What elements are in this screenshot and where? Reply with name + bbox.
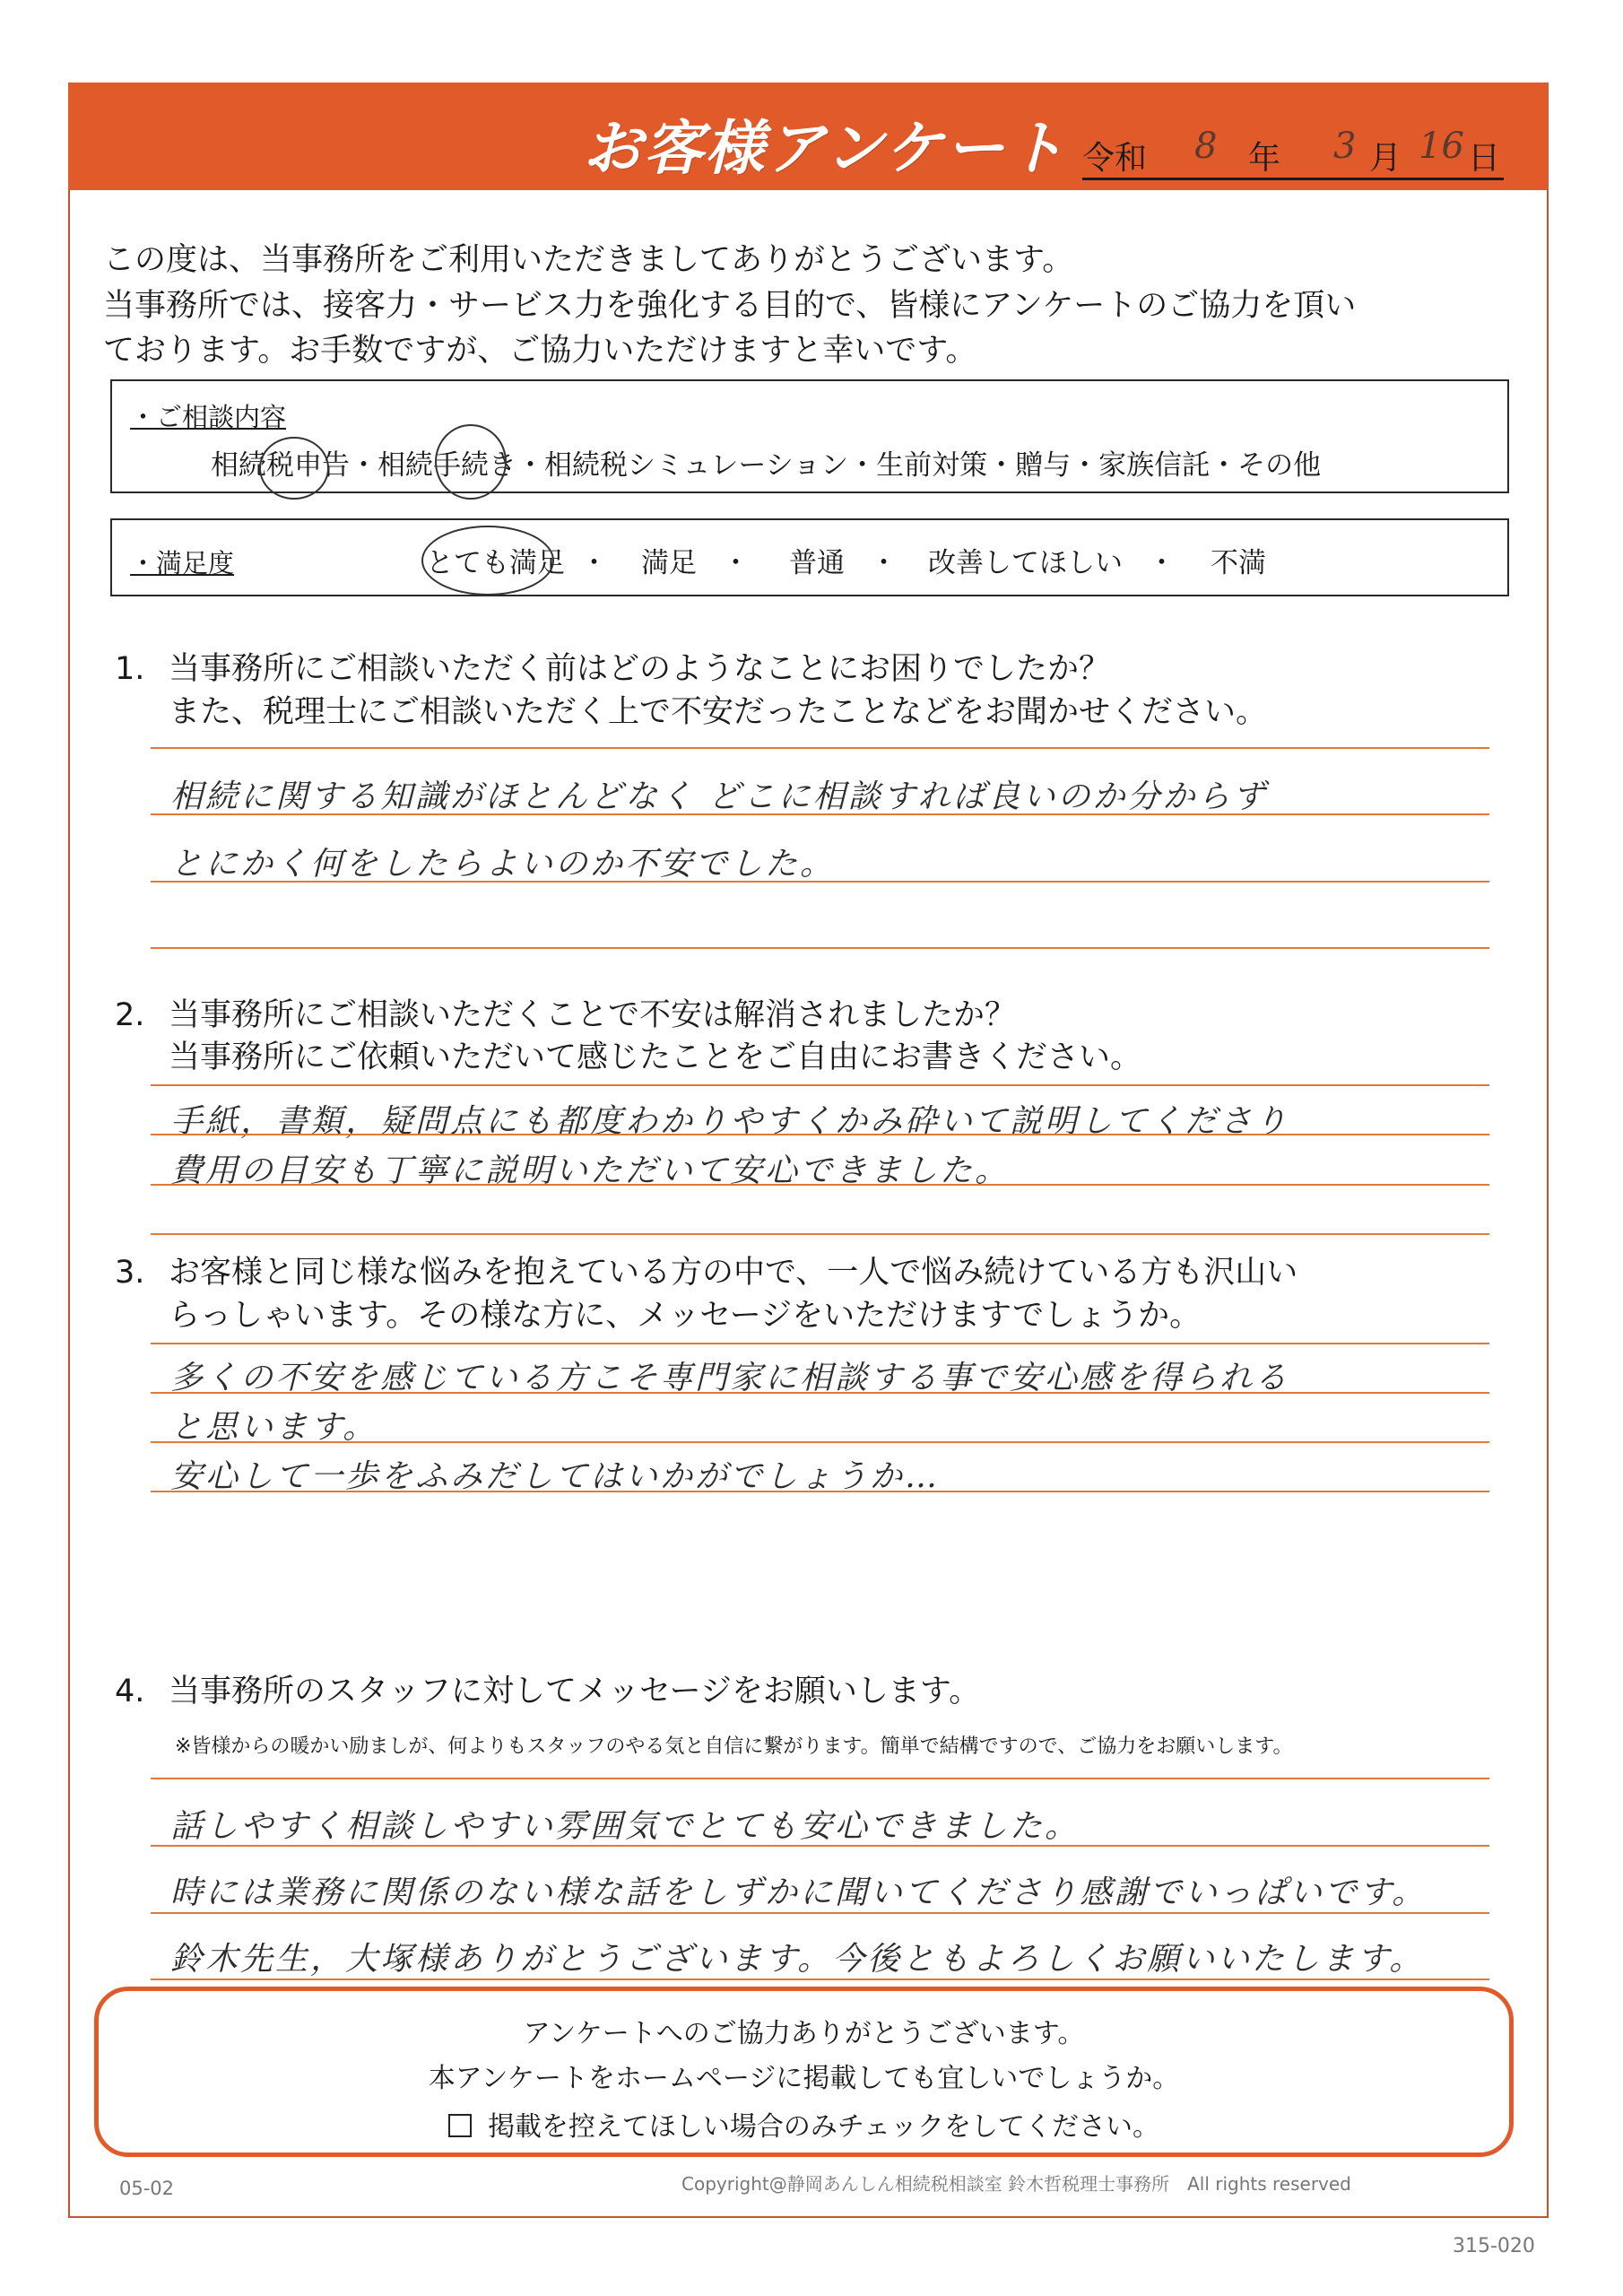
- question-3-line-1: 3.お客様と同じ様な悩みを抱えている方の中で、一人で悩み続けている方も沢山い: [115, 1251, 1298, 1294]
- question-text: 当事務所にご相談いただく前はどのようなことにお困りでしたか？: [169, 651, 1110, 687]
- consultation-options[interactable]: 相続税申告・相続手続き・相続税シミュレーション・生前対策・贈与・家族信託・その他: [211, 442, 1321, 483]
- satisfaction-box: ・満足度 とても満足 ・ 満足 ・ 普通 ・ 改善してほしい ・ 不満: [110, 518, 1509, 596]
- answer-rule: [151, 1778, 1489, 1779]
- answer-rule: [151, 1912, 1489, 1914]
- satisfaction-option-normal[interactable]: 普通: [789, 540, 845, 580]
- date-year-value[interactable]: 8: [1194, 126, 1217, 167]
- question-number: 1.: [115, 648, 169, 691]
- question-1-line-2: また、税理士にご相談いただく上で不安だったことなどをお聞かせください。: [115, 691, 1267, 734]
- separator: ・: [580, 540, 608, 580]
- answer-rule: [151, 1441, 1489, 1443]
- answer-rule: [151, 1134, 1489, 1135]
- answer-rule: [151, 1491, 1489, 1492]
- question-text: 当事務所のスタッフに対してメッセージをお願いします。: [169, 1674, 980, 1709]
- date-day-label: 日: [1468, 133, 1500, 178]
- question-text: らっしゃいます。その様な方に、メッセージをいただけますでしょうか。: [169, 1298, 1201, 1334]
- question-2-line-1: 2.当事務所にご相談いただくことで不安は解消されましたか？: [115, 994, 1016, 1037]
- thanks-box: アンケートへのご協力ありがとうございます。 本アンケートをホームページに掲載して…: [94, 1987, 1514, 2157]
- date-month-value[interactable]: 3: [1333, 126, 1356, 167]
- question-number: 2.: [115, 994, 169, 1037]
- answer-4-line-1[interactable]: 話しやすく相談しやすい雰囲気でとても安心できました。: [170, 1801, 1080, 1847]
- document-code: 315-020: [1453, 2235, 1535, 2257]
- question-4-line-1: 4.当事務所のスタッフに対してメッセージをお願いします。: [115, 1670, 980, 1713]
- thanks-line-2: 本アンケートをホームページに掲載しても宜しいでしょうか。: [99, 2056, 1509, 2095]
- question-4-note: ※皆様からの暖かい励ましが、何よりもスタッフのやる気と自信に繋がります。簡単で結…: [175, 1731, 1292, 1759]
- intro-line-2: 当事務所では、接客力・サービス力を強化する目的で、皆様にアンケートのご協力を頂い: [103, 281, 1356, 326]
- question-2-line-2: 当事務所にご依頼いただいて感じたことをご自由にお書きください。: [115, 1036, 1141, 1079]
- date-year-label: 年: [1248, 133, 1280, 178]
- copyright: Copyright@静岡あんしん相続税相談室 鈴木哲税理士事務所 All rig…: [681, 2170, 1351, 2196]
- answer-rule: [151, 947, 1489, 949]
- form-code: 05-02: [119, 2178, 174, 2199]
- satisfaction-option-satisfied[interactable]: 満足: [641, 540, 697, 580]
- answer-rule: [151, 1845, 1489, 1847]
- answer-rule: [151, 1233, 1489, 1235]
- publish-optout-checkbox[interactable]: [448, 2114, 472, 2137]
- answer-1-line-2[interactable]: とにかく何をしたらよいのか不安でした。: [170, 839, 835, 884]
- answer-4-line-3[interactable]: 鈴木先生，大塚様ありがとうございます。今後ともよろしくお願いいたします。: [170, 1934, 1424, 1979]
- question-text: 当事務所にご依頼いただいて感じたことをご自由にお書きください。: [169, 1039, 1141, 1075]
- selection-circle-souzoku-tetsuzuki: [435, 424, 507, 500]
- date-era: 令和: [1082, 133, 1147, 178]
- intro-line-3: ております。お手数ですが、ご協力いただけますと幸いです。: [103, 326, 976, 370]
- answer-rule: [151, 1392, 1489, 1394]
- answer-rule: [151, 813, 1489, 815]
- question-1-line-1: 1.当事務所にご相談いただく前はどのようなことにお困りでしたか？: [115, 648, 1110, 691]
- satisfaction-option-improve[interactable]: 改善してほしい: [928, 540, 1123, 580]
- answer-rule: [151, 881, 1489, 883]
- question-number: 3.: [115, 1251, 169, 1294]
- answer-rule: [151, 1184, 1489, 1186]
- answer-rule: [151, 747, 1489, 749]
- intro-line-1: この度は、当事務所をご利用いただきましてありがとうございます。: [103, 235, 1073, 280]
- answer-rule: [151, 1084, 1489, 1086]
- separator: ・: [722, 540, 750, 580]
- date-day-value[interactable]: 16: [1419, 126, 1464, 167]
- selection-circle-very-satisfied: [421, 526, 554, 596]
- answer-rule: [151, 1343, 1489, 1344]
- satisfaction-label: ・満足度: [130, 544, 234, 580]
- separator: ・: [1148, 540, 1176, 580]
- form-title: お客様アンケート: [583, 100, 1067, 186]
- question-number: 4.: [115, 1670, 169, 1713]
- answer-1-line-1[interactable]: 相続に関する知識がほとんどなく どこに相談すれば良いのか分からず: [170, 771, 1267, 817]
- date-month-label: 月: [1369, 133, 1402, 178]
- satisfaction-option-dissatisfied[interactable]: 不満: [1211, 540, 1266, 580]
- consultation-box: ・ご相談内容 相続税申告・相続手続き・相続税シミュレーション・生前対策・贈与・家…: [110, 379, 1509, 493]
- selection-circle-souzokuzei-shinkoku: [259, 437, 329, 500]
- publish-optout[interactable]: 掲載を控えてほしい場合のみチェックをしてください。: [99, 2104, 1509, 2144]
- question-text: 当事務所にご相談いただくことで不安は解消されましたか？: [169, 997, 1016, 1033]
- question-text: お客様と同じ様な悩みを抱えている方の中で、一人で悩み続けている方も沢山い: [169, 1255, 1298, 1291]
- question-3-line-2: らっしゃいます。その様な方に、メッセージをいただけますでしょうか。: [115, 1294, 1201, 1337]
- separator: ・: [870, 540, 898, 580]
- answer-4-line-2[interactable]: 時には業務に関係のない様な話をしずかに聞いてくださり感謝でいっぱいです。: [170, 1867, 1427, 1913]
- date-field[interactable]: 令和 8 年 3 月 16 日: [1082, 131, 1504, 180]
- publish-optout-label: 掲載を控えてほしい場合のみチェックをしてください。: [488, 2111, 1159, 2143]
- consultation-label: ・ご相談内容: [130, 397, 286, 434]
- thanks-line-1: アンケートへのご協力ありがとうございます。: [99, 2011, 1509, 2050]
- answer-rule: [151, 1979, 1489, 1980]
- question-text: また、税理士にご相談いただく上で不安だったことなどをお聞かせください。: [169, 694, 1267, 730]
